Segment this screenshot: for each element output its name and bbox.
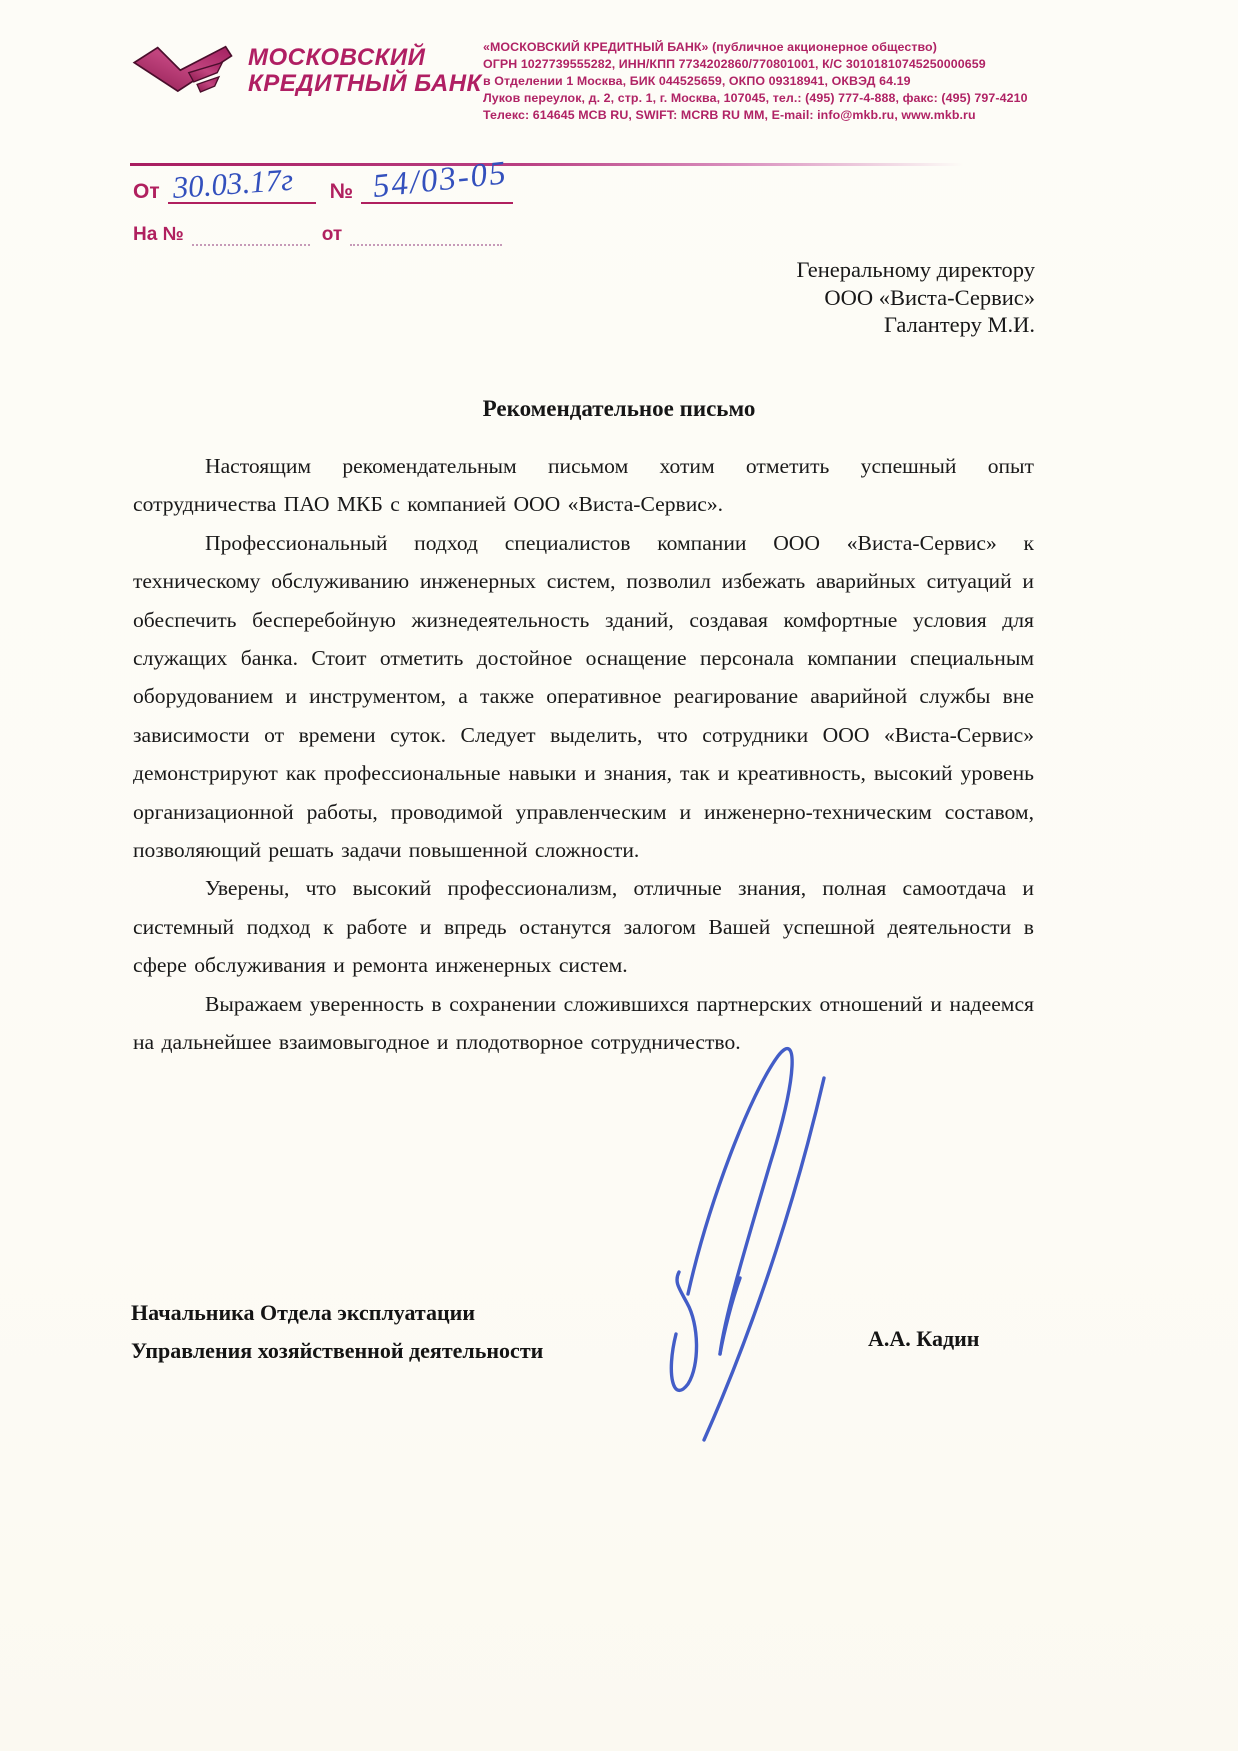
letter-page: МОСКОВСКИЙ КРЕДИТНЫЙ БАНК «МОСКОВСКИЙ КР… [0, 0, 1238, 1751]
ref-number-underline: 54/03-05 [361, 170, 513, 204]
addressee-line: Галантеру М.И. [796, 311, 1035, 339]
signatory-position: Начальника Отдела эксплуатации Управлени… [131, 1294, 543, 1370]
reply-number-label: На № [133, 224, 184, 246]
bank-logo: МОСКОВСКИЙ КРЕДИТНЫЙ БАНК [130, 42, 482, 100]
signature-ink [628, 1032, 948, 1462]
bank-name-line2: КРЕДИТНЫЙ БАНК [248, 71, 482, 97]
paragraph: Уверены, что высокий профессионализм, от… [133, 869, 1034, 984]
mkb-logo-icon [130, 42, 234, 100]
bank-details-line: «МОСКОВСКИЙ КРЕДИТНЫЙ БАНК» (публичное а… [483, 39, 1028, 56]
bank-details-line: Телекс: 614645 MCB RU, SWIFT: MCRB RU MM… [483, 107, 1028, 124]
reference-row-date: От 30.03.17г № 54/03-05 [133, 172, 513, 204]
bank-details-line: Луков переулок, д. 2, стр. 1, г. Москва,… [483, 90, 1028, 107]
reply-from-label: от [322, 224, 342, 246]
signatory-position-line1: Начальника Отдела эксплуатации [131, 1294, 543, 1332]
paragraph: Профессиональный подход специалистов ком… [133, 524, 1034, 870]
bank-details-line: в Отделении 1 Москва, БИК 044525659, ОКП… [483, 73, 1028, 90]
reference-row-reply: На № от [133, 220, 502, 246]
signatory-position-line2: Управления хозяйственной деятельности [131, 1332, 543, 1370]
addressee-block: Генеральному директору ООО «Виста-Сервис… [796, 256, 1035, 339]
handwritten-date: 30.03.17г [171, 162, 294, 206]
letter-title: Рекомендательное письмо [0, 396, 1238, 422]
paragraph: Настоящим рекомендательным письмом хотим… [133, 447, 1034, 524]
ref-from-label: От [133, 180, 160, 204]
ref-number-label: № [330, 180, 353, 204]
reply-from-underline [350, 218, 502, 246]
signatory-name: А.А. Кадин [868, 1326, 979, 1352]
letter-body: Настоящим рекомендательным письмом хотим… [133, 447, 1034, 1062]
addressee-line: Генеральному директору [796, 256, 1035, 284]
ref-from-underline: 30.03.17г [168, 170, 316, 204]
bank-name-line1: МОСКОВСКИЙ [248, 45, 482, 71]
addressee-line: ООО «Виста-Сервис» [796, 284, 1035, 312]
bank-details-line: ОГРН 1027739555282, ИНН/КПП 7734202860/7… [483, 56, 1028, 73]
bank-details: «МОСКОВСКИЙ КРЕДИТНЫЙ БАНК» (публичное а… [483, 39, 1028, 124]
bank-name: МОСКОВСКИЙ КРЕДИТНЫЙ БАНК [248, 45, 482, 97]
reply-number-underline [192, 218, 310, 246]
